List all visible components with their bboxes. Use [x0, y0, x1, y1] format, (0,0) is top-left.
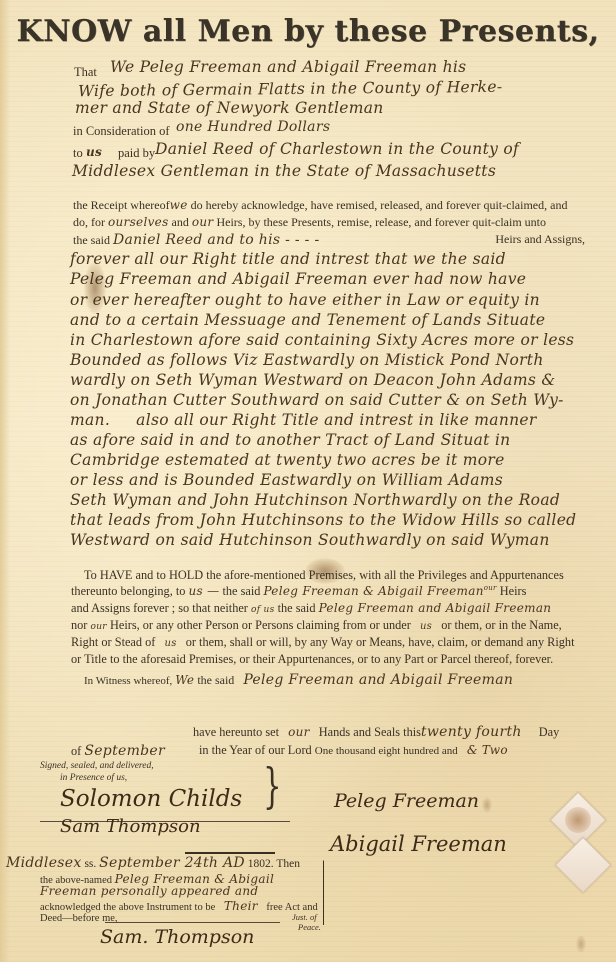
ack-year: 1802.	[248, 858, 274, 870]
habendum-text: thereunto belonging, to	[71, 584, 185, 598]
description-line: or ever hereafter ought to have either i…	[70, 291, 540, 309]
habendum-line: To HAVE and to HOLD the afore-mentioned …	[84, 568, 564, 583]
ack-ss: ss.	[84, 858, 96, 870]
habendum-text: Heirs	[500, 584, 527, 598]
receipt-text: the said	[73, 233, 110, 247]
of-label: of	[71, 744, 81, 758]
habendum-text: or them, shall or will, by any Way or Me…	[186, 635, 575, 649]
deed-title: KNOW all Men by these Presents,	[0, 14, 616, 49]
habendum-hand: of us	[251, 605, 275, 615]
description-line: man. also all our Right Title and intres…	[70, 411, 537, 429]
attestation-brace: }	[263, 758, 281, 814]
dating-text: have hereunto set	[193, 725, 279, 739]
consideration-label: in Consideration of	[73, 124, 170, 139]
justice-title: Just. of	[292, 912, 317, 922]
payer-line-1: Daniel Reed of Charlestown in the County…	[155, 140, 519, 158]
habendum-hand: Peleg Freeman and Abigail Freeman	[319, 601, 552, 615]
grantor-signature: Abigail Freeman	[330, 832, 507, 856]
habendum-sup: our	[484, 584, 497, 592]
heirs-assigns: Heirs and Assigns,	[495, 232, 585, 247]
consideration-amount: one Hundred Dollars	[176, 119, 330, 135]
habendum-text: Right or Stead of	[71, 635, 155, 649]
dating-text: Day	[539, 725, 560, 739]
dating-text: Hands and Seals this	[319, 725, 421, 739]
that-label: That	[74, 65, 97, 80]
ink-stain	[576, 935, 586, 953]
receipt-text: Heirs, by these Presents, remise, releas…	[216, 215, 546, 229]
habendum-text: nor	[71, 618, 87, 632]
dating-month: September	[84, 743, 165, 759]
habendum-hand: us —	[189, 584, 220, 598]
habendum-text: and Assigns forever ; so that neither	[71, 601, 248, 615]
to-label: to	[73, 146, 83, 161]
habendum-text: or them, or in the Name,	[441, 618, 562, 632]
decorative-rule	[185, 852, 275, 854]
description-line: as afore said in and to another Tract of…	[70, 431, 510, 449]
witness-hand: We	[175, 673, 194, 687]
description-line: that leads from John Hutchinsons to the …	[70, 511, 576, 529]
description-line: Peleg Freeman and Abigail Freeman ever h…	[70, 270, 526, 288]
description-line: Bounded as follows Viz Eastwardly on Mis…	[70, 351, 544, 369]
dating-text: in the Year of our Lord	[199, 743, 312, 757]
description-line: on Jonathan Cutter Southward on said Cut…	[70, 391, 564, 409]
dating-text: One thousand eight hundred and	[315, 745, 458, 757]
dating-hand: & Two	[461, 743, 508, 757]
description-line: in Charlestown afore said containing Six…	[70, 331, 574, 349]
receipt-text: do, for	[73, 215, 105, 229]
receipt-text: and	[172, 215, 189, 229]
ack-text: acknowledged the above Instrument to be	[40, 902, 215, 913]
description-line: and to a certain Messuage and Tenement o…	[70, 311, 545, 329]
ack-hand: Their	[218, 899, 264, 913]
ack-date: September 24th AD	[99, 855, 245, 871]
witness-names: Peleg Freeman and Abigail Freeman	[237, 672, 513, 688]
paid-by-label: paid by	[118, 146, 155, 161]
description-line: Cambridge estemated at twenty two acres …	[70, 451, 505, 469]
description-line: wardly on Seth Wyman Westward on Deacon …	[70, 371, 555, 389]
signature-line	[105, 922, 280, 923]
habendum-hand: our	[90, 622, 106, 632]
habendum-text: the said	[278, 601, 316, 615]
description-line: forever all our Right title and intrest …	[70, 250, 506, 268]
witness-signature: Solomon Childs	[60, 786, 242, 812]
attestation-line: in Presence of us,	[60, 773, 127, 783]
witness-text: In Witness whereof,	[84, 675, 172, 687]
ack-hand: Freeman personally appeared and	[40, 884, 258, 898]
habendum-text: the said	[222, 584, 260, 598]
habendum-hand: us	[414, 621, 438, 632]
attestation-line: Signed, sealed, and delivered,	[40, 761, 154, 771]
grantors-line-3: mer and State of Newyork Gentleman	[75, 99, 384, 117]
witness-text: the said	[197, 673, 234, 687]
dating-hand: our	[282, 725, 316, 739]
grantor-signature: Peleg Freeman	[334, 790, 479, 812]
grantors-line-1: We Peleg Freeman and Abigail Freeman his	[110, 58, 466, 76]
receipt-text: the Receipt whereof	[73, 198, 170, 212]
witness-signature: Sam Thompson	[60, 816, 201, 837]
receipt-text: do hereby acknowledge, have remised, rel…	[191, 198, 568, 212]
receipt-hand: Daniel Reed and to his - - - -	[113, 232, 319, 248]
habendum-line: or Title to the aforesaid Premises, or t…	[71, 652, 553, 667]
description-line: Seth Wyman and John Hutchinson Northward…	[70, 491, 560, 509]
ack-county: Middlesex	[6, 855, 82, 871]
paper-edge	[0, 0, 10, 962]
receipt-hand: ourselves	[108, 215, 169, 229]
habendum-hand: Peleg Freeman & Abigail Freeman	[263, 584, 483, 598]
ink-stain	[482, 797, 492, 813]
habendum-text: Heirs, or any other Person or Persons cl…	[110, 618, 411, 632]
to-value: us	[86, 145, 102, 159]
receipt-hand: we	[170, 198, 188, 212]
justice-title: Peace.	[298, 922, 321, 932]
justice-signature: Sam. Thompson	[100, 926, 254, 948]
description-line: Westward on said Hutchinson Southwardly …	[70, 531, 550, 549]
dating-day: twenty fourth	[421, 724, 536, 740]
description-line: or less and is Bounded Eastwardly on Wil…	[70, 471, 503, 489]
receipt-hand: our	[192, 215, 214, 229]
habendum-hand: us	[158, 638, 182, 649]
payer-line-2: Middlesex Gentleman in the State of Mass…	[72, 162, 496, 180]
